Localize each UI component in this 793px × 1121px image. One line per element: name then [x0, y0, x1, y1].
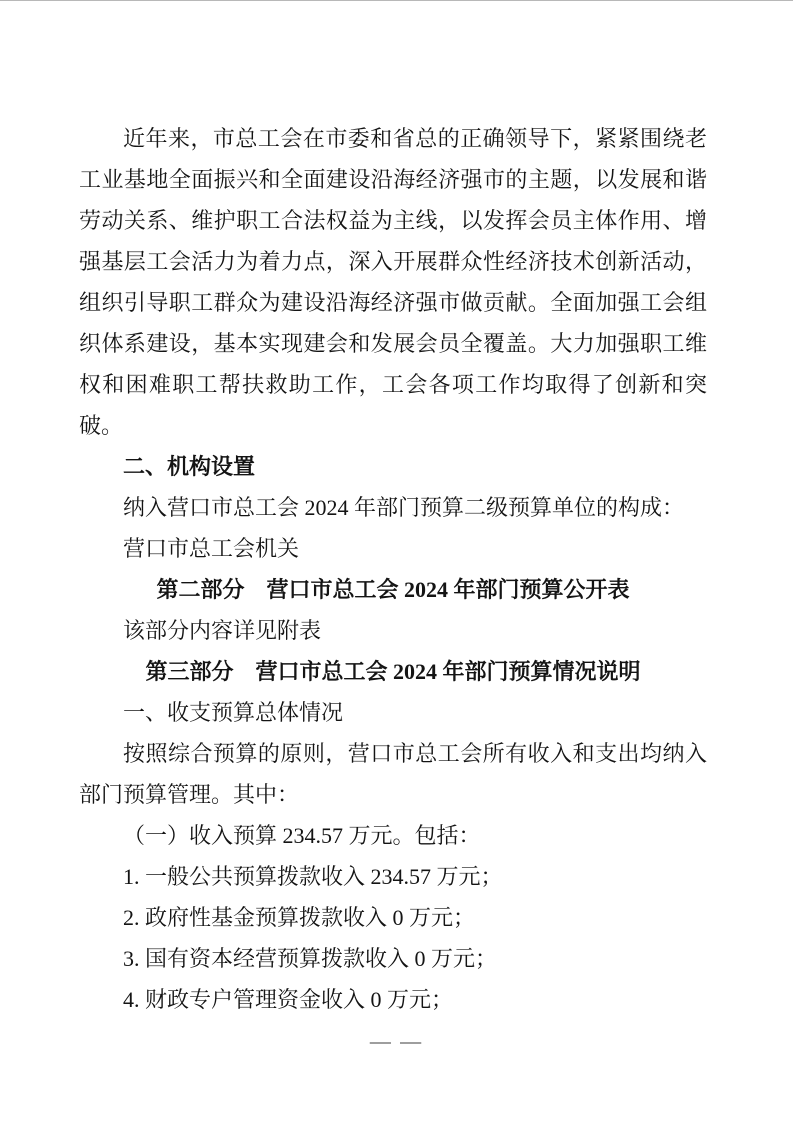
org-setup-composition-line: 纳入营口市总工会 2024 年部门预算二级预算单位的构成：: [79, 487, 707, 528]
section-heading-org-setup: 二、机构设置: [79, 446, 707, 487]
part2-note: 该部分内容详见附表: [79, 610, 707, 651]
section1-heading: 一、收支预算总体情况: [79, 692, 707, 733]
income-item-4: 4. 财政专户管理资金收入 0 万元；: [79, 979, 707, 1020]
section1-paragraph: 按照综合预算的原则，营口市总工会所有收入和支出均纳入部门预算管理。其中：: [79, 733, 707, 815]
document-body: 近年来，市总工会在市委和省总的正确领导下，紧紧围绕老工业基地全面振兴和全面建设沿…: [79, 118, 707, 1020]
document-page: 近年来，市总工会在市委和省总的正确领导下，紧紧围绕老工业基地全面振兴和全面建设沿…: [0, 0, 793, 1121]
page-number-marker: — —: [0, 1023, 793, 1059]
part3-title: 第三部分 营口市总工会 2024 年部门预算情况说明: [79, 651, 707, 692]
income-item-1: 1. 一般公共预算拨款收入 234.57 万元；: [79, 856, 707, 897]
income-item-2: 2. 政府性基金预算拨款收入 0 万元；: [79, 897, 707, 938]
income-item-3: 3. 国有资本经营预算拨款收入 0 万元；: [79, 938, 707, 979]
income-budget-intro: （一）收入预算 234.57 万元。包括：: [79, 815, 707, 856]
part2-title: 第二部分 营口市总工会 2024 年部门预算公开表: [79, 569, 707, 610]
org-setup-unit-line: 营口市总工会机关: [79, 528, 707, 569]
intro-paragraph: 近年来，市总工会在市委和省总的正确领导下，紧紧围绕老工业基地全面振兴和全面建设沿…: [79, 118, 707, 446]
